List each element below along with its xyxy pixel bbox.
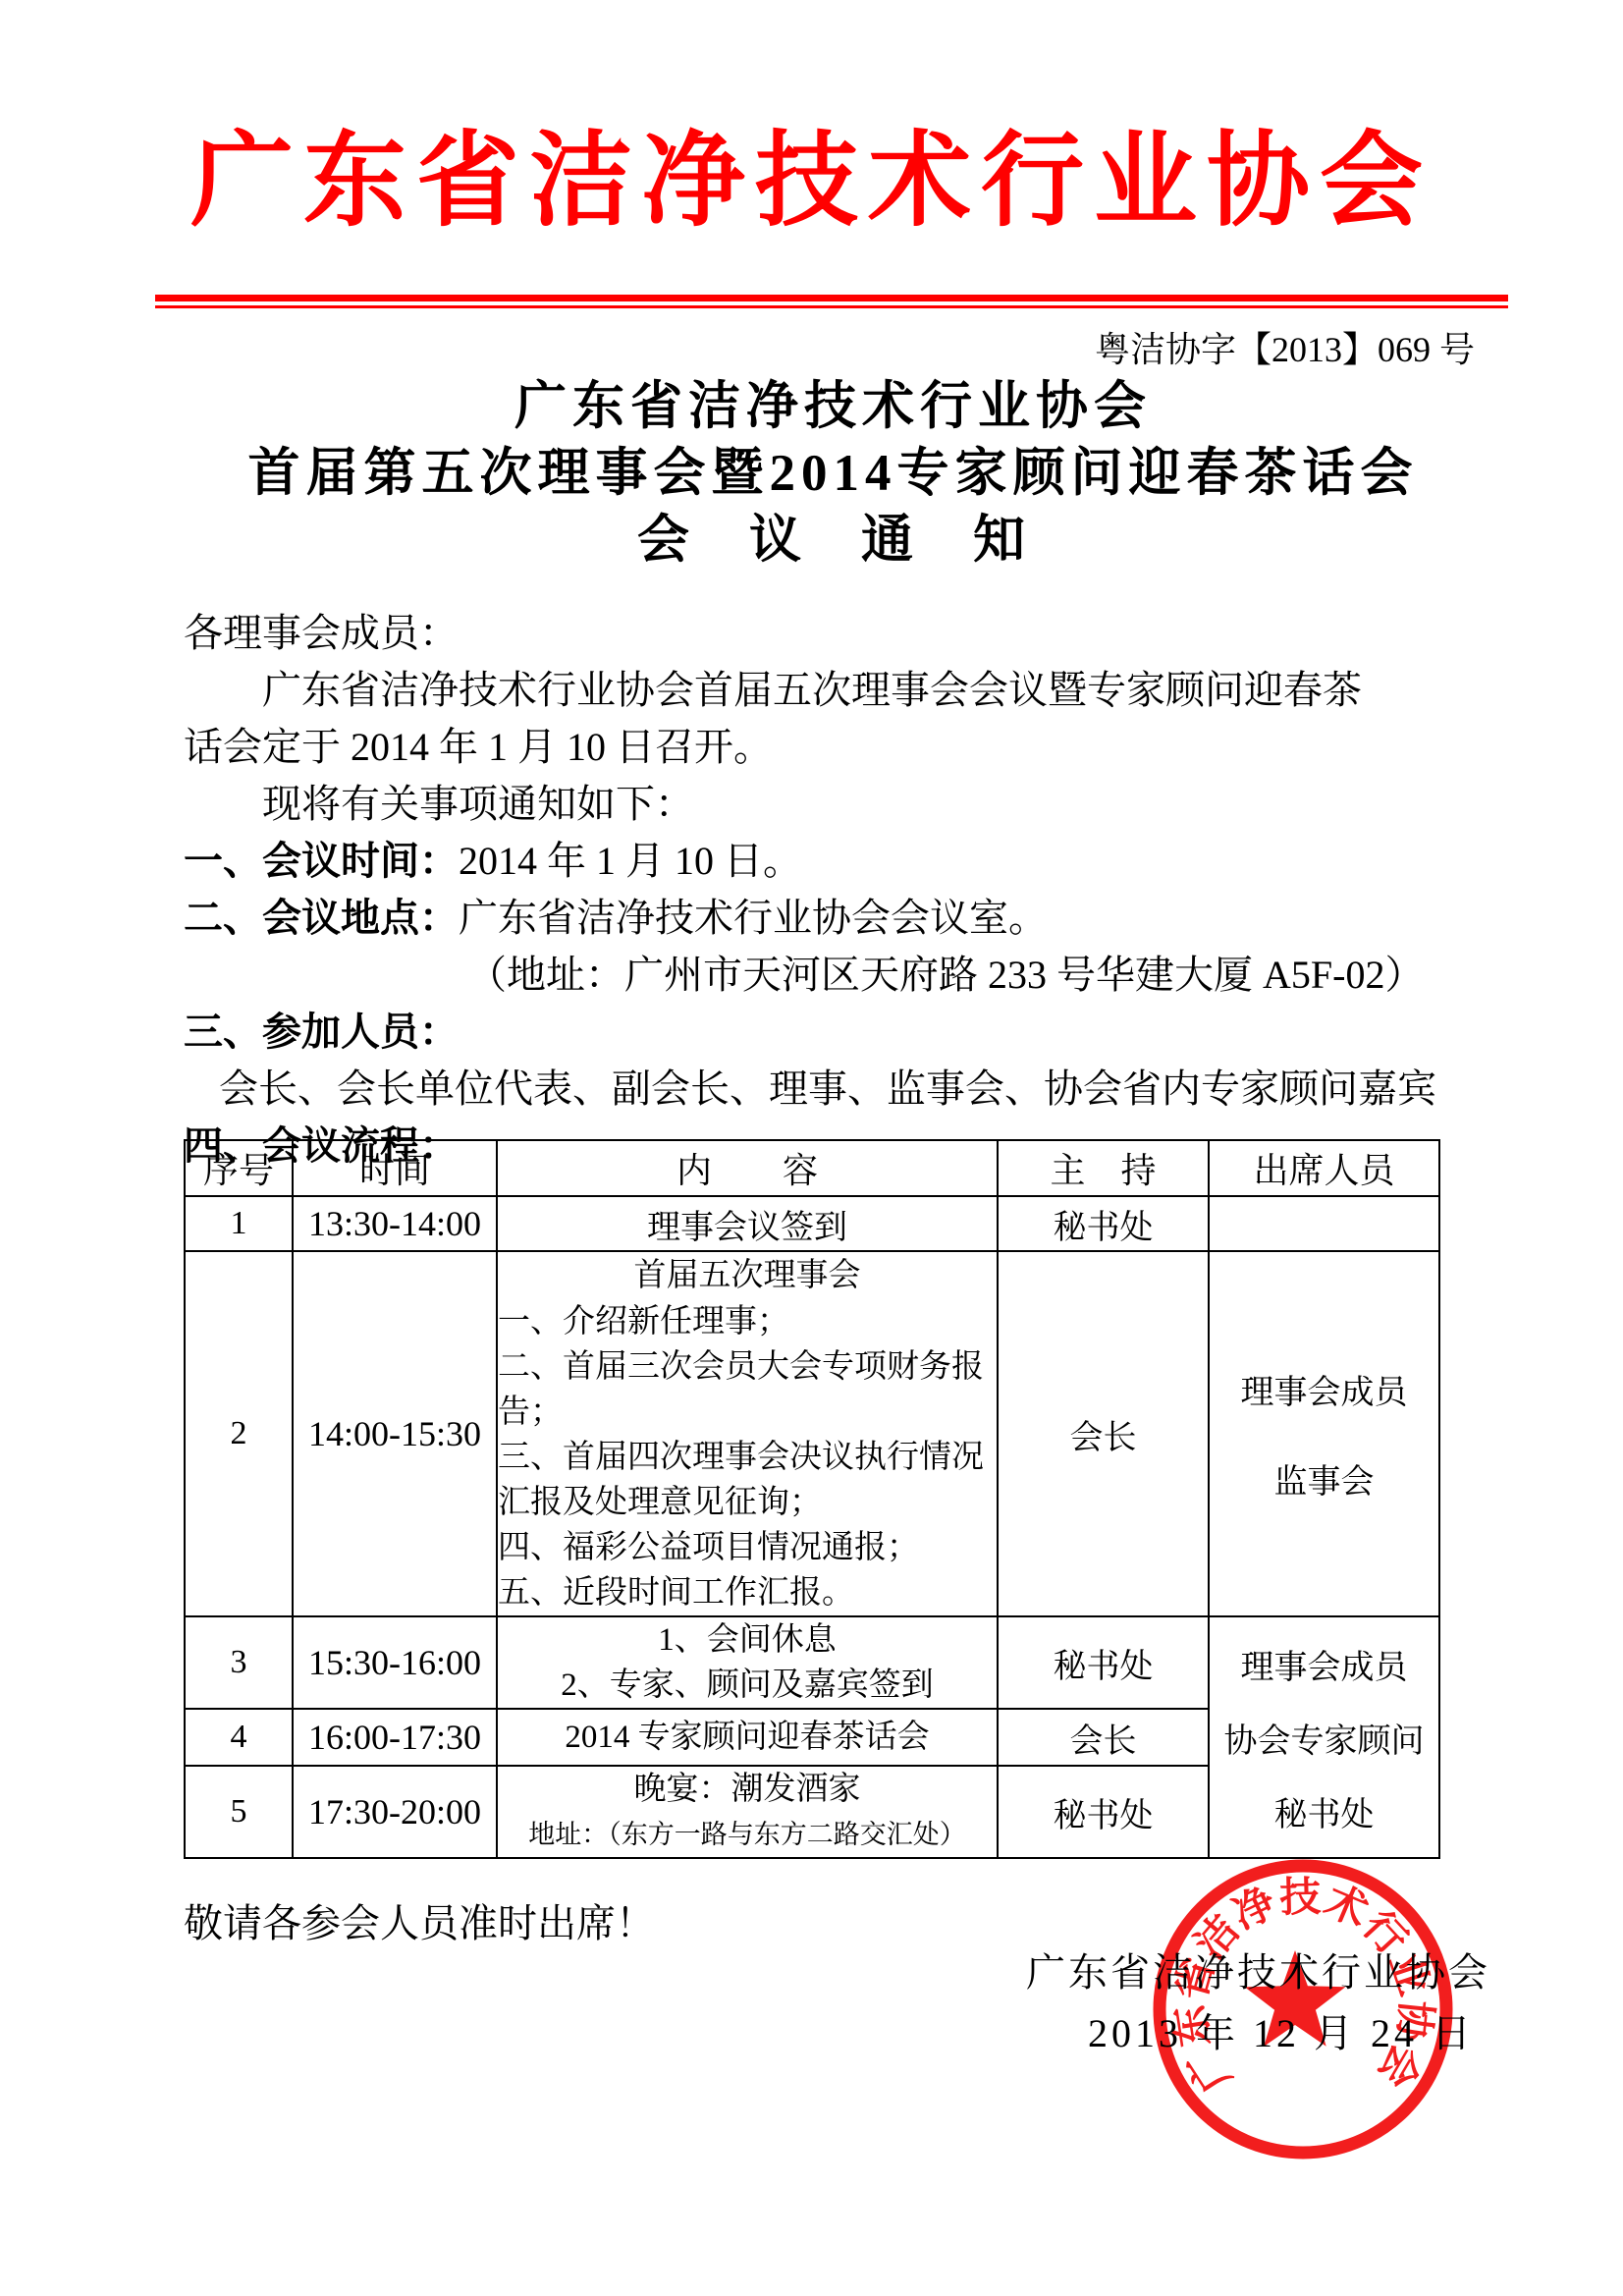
row1-no: 1 bbox=[185, 1196, 293, 1251]
row1-content: 理事会议签到 bbox=[497, 1196, 998, 1251]
document-number: 粤洁协字【2013】069 号 bbox=[1095, 328, 1475, 371]
schedule-table: 序号 时间 内 容 主 持 出席人员 1 13:30-14:00 理事会议签到 … bbox=[184, 1139, 1440, 1859]
title-line-1: 广东省洁净技术行业协会 bbox=[184, 373, 1483, 440]
item-participants: 三、参加人员： bbox=[184, 1004, 1486, 1061]
content-line: 2、专家、顾问及嘉宾签到 bbox=[498, 1663, 997, 1708]
row1-host: 秘书处 bbox=[998, 1196, 1209, 1251]
merged-attendees-cell: 理事会成员 协会专家顾问 秘书处 bbox=[1209, 1616, 1439, 1858]
attendee-line: 监事会 bbox=[1274, 1454, 1375, 1503]
attendee-line: 理事会成员 bbox=[1241, 1365, 1408, 1413]
agenda-item: 二、首届三次会员大会专项财务报告； bbox=[498, 1344, 997, 1435]
merged-attendees-lines: 理事会成员 协会专家顾问 秘书处 bbox=[1210, 1627, 1438, 1848]
table-header-row: 序号 时间 内 容 主 持 出席人员 bbox=[185, 1140, 1439, 1196]
item1-text: 2014 年 1 月 10 日。 bbox=[459, 839, 802, 883]
row1-time: 13:30-14:00 bbox=[293, 1196, 497, 1251]
row3-content: 1、会间休息 2、专家、顾问及嘉宾签到 bbox=[497, 1616, 998, 1709]
header-attendees: 出席人员 bbox=[1209, 1140, 1439, 1196]
row2-attendees-lines: 理事会成员 监事会 bbox=[1210, 1365, 1438, 1503]
row1-attendees bbox=[1209, 1196, 1439, 1251]
title-line-2: 首届第五次理事会暨2014专家顾问迎春茶话会 bbox=[184, 440, 1483, 507]
header-host: 主 持 bbox=[998, 1140, 1209, 1196]
item-meeting-address: （地址：广州市天河区天府路 233 号华建大厦 A5F-02） bbox=[184, 947, 1486, 1004]
row3-time: 15:30-16:00 bbox=[293, 1616, 497, 1709]
agenda-item: 三、首届四次理事会决议执行情况汇报及处理意见征询； bbox=[498, 1435, 997, 1525]
notice-paragraph: 现将有关事项通知如下： bbox=[184, 776, 1486, 833]
row4-content: 2014 专家顾问迎春茶话会 bbox=[497, 1709, 998, 1766]
row4-no: 4 bbox=[185, 1709, 293, 1766]
attendee-line: 理事会成员 bbox=[1241, 1640, 1408, 1688]
row5-host: 秘书处 bbox=[998, 1766, 1209, 1858]
item3-label: 三、参加人员： bbox=[184, 1010, 459, 1054]
table-row: 2 14:00-15:30 首届五次理事会 一、介绍新任理事； 二、首届三次会员… bbox=[185, 1251, 1439, 1616]
content-line: 1、会间休息 bbox=[498, 1617, 997, 1663]
content-line: 晚宴：潮发酒家 bbox=[498, 1767, 997, 1812]
masthead-org-title: 广东省洁净技术行业协会 bbox=[0, 120, 1623, 243]
row2-time: 14:00-15:30 bbox=[293, 1251, 497, 1616]
table-row: 3 15:30-16:00 1、会间休息 2、专家、顾问及嘉宾签到 秘书处 理事… bbox=[185, 1616, 1439, 1709]
row3-host: 秘书处 bbox=[998, 1616, 1209, 1709]
masthead-divider-rule bbox=[155, 295, 1508, 308]
signature-date: 2013 年 12 月 24 日 bbox=[1026, 2003, 1490, 2064]
attendee-line: 秘书处 bbox=[1274, 1787, 1375, 1835]
row5-no: 5 bbox=[185, 1766, 293, 1858]
intro-paragraph: 广东省洁净技术行业协会首届五次理事会会议暨专家顾问迎春茶话会定于 2014 年 … bbox=[184, 662, 1383, 776]
item-meeting-time: 一、会议时间：2014 年 1 月 10 日。 bbox=[184, 833, 1486, 890]
header-time: 时间 bbox=[293, 1140, 497, 1196]
header-content: 内 容 bbox=[497, 1140, 998, 1196]
body-text: 各理事会成员： 广东省洁净技术行业协会首届五次理事会会议暨专家顾问迎春茶话会定于… bbox=[184, 605, 1486, 1175]
row2-content: 首届五次理事会 一、介绍新任理事； 二、首届三次会员大会专项财务报告； 三、首届… bbox=[497, 1251, 998, 1616]
document-page: 广东省洁净技术行业协会 粤洁协字【2013】069 号 广东省洁净技术行业协会 … bbox=[0, 0, 1623, 2296]
item-meeting-place: 二、会议地点：广东省洁净技术行业协会会议室。 bbox=[184, 890, 1486, 947]
header-no: 序号 bbox=[185, 1140, 293, 1196]
title-block: 广东省洁净技术行业协会 首届第五次理事会暨2014专家顾问迎春茶话会 会 议 通… bbox=[184, 373, 1483, 574]
item1-label: 一、会议时间： bbox=[184, 839, 459, 883]
row2-content-title: 首届五次理事会 bbox=[498, 1252, 997, 1299]
row2-agenda-items: 一、介绍新任理事； 二、首届三次会员大会专项财务报告； 三、首届四次理事会决议执… bbox=[498, 1299, 997, 1615]
row2-no: 2 bbox=[185, 1251, 293, 1616]
content-line: 地址：（东方一路与东方二路交汇处） bbox=[498, 1812, 997, 1857]
title-line-3: 会 议 通 知 bbox=[184, 507, 1483, 574]
agenda-item: 四、福彩公益项目情况通报； bbox=[498, 1525, 997, 1570]
row2-attendees: 理事会成员 监事会 bbox=[1209, 1251, 1439, 1616]
row2-host: 会长 bbox=[998, 1251, 1209, 1616]
row3-no: 3 bbox=[185, 1616, 293, 1709]
closing-request: 敬请各参会人员准时出席！ bbox=[184, 1895, 655, 1952]
attendee-line: 协会专家顾问 bbox=[1224, 1714, 1425, 1762]
row4-time: 16:00-17:30 bbox=[293, 1709, 497, 1766]
agenda-item: 一、介绍新任理事； bbox=[498, 1299, 997, 1344]
row4-host: 会长 bbox=[998, 1709, 1209, 1766]
item2-text: 广东省洁净技术行业协会会议室。 bbox=[459, 896, 1048, 940]
participants-list: 会长、会长单位代表、副会长、理事、监事会、协会省内专家顾问嘉宾 bbox=[184, 1061, 1486, 1118]
row5-content: 晚宴：潮发酒家 地址：（东方一路与东方二路交汇处） bbox=[497, 1766, 998, 1858]
table-row: 1 13:30-14:00 理事会议签到 秘书处 bbox=[185, 1196, 1439, 1251]
agenda-item: 五、近段时间工作汇报。 bbox=[498, 1570, 997, 1615]
signature-org: 广东省洁净技术行业协会 bbox=[1026, 1942, 1490, 2003]
item2-label: 二、会议地点： bbox=[184, 896, 459, 940]
signature-block: 广东省洁净技术行业协会 2013 年 12 月 24 日 bbox=[1026, 1942, 1490, 2064]
salutation: 各理事会成员： bbox=[184, 605, 1486, 662]
row5-time: 17:30-20:00 bbox=[293, 1766, 497, 1858]
